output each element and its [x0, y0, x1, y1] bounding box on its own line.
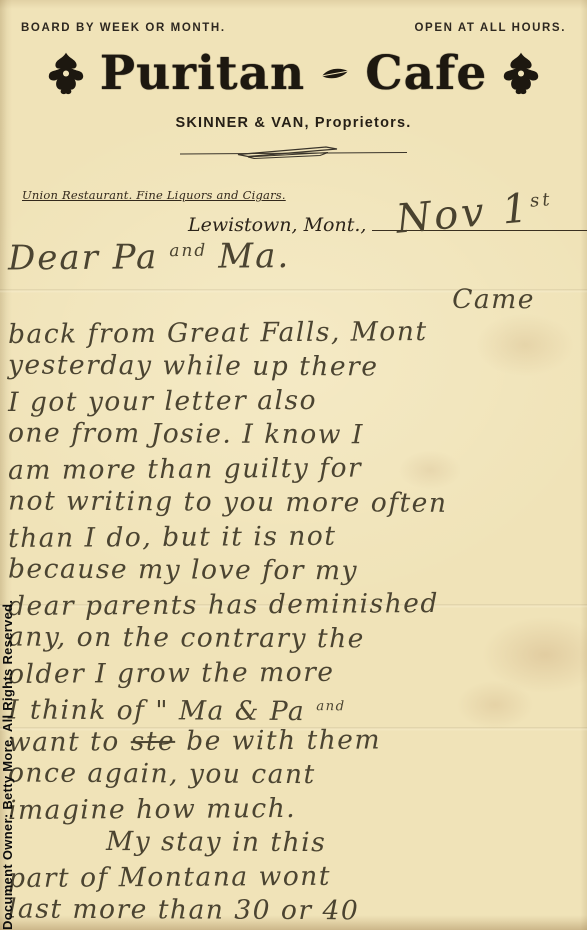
dateline: Lewistown, Mont., Nov 1st 1902. [188, 214, 587, 236]
struck-word: ste [131, 726, 176, 757]
superscript-word: and [316, 699, 346, 714]
title-word-puritan: Puritan [100, 50, 305, 97]
leaf-icon [320, 66, 350, 82]
letter-line: part of Montana wont [8, 858, 581, 896]
letter-line: Came [8, 281, 581, 318]
letter-line: I think of " Ma & Paand [8, 689, 581, 726]
dateline-place: Lewistown, Mont., [188, 214, 366, 236]
letter-line: older I grow the more [8, 654, 581, 692]
letter-line: imagine how much. [8, 790, 581, 828]
fleuron-icon-left [47, 51, 85, 96]
letter-line: want tostebe with them [8, 722, 581, 760]
letter-line: one from Josie. I know I [8, 417, 581, 454]
tagline: Union Restaurant. Fine Liquors and Cigar… [22, 188, 286, 202]
letter-line: because my love for my [8, 553, 581, 590]
proprietors-line: SKINNER & VAN, Proprietors. [0, 115, 587, 131]
scanned-letter-page: BOARD BY WEEK OR MONTH. OPEN AT ALL HOUR… [0, 0, 587, 930]
letter-line: I got your letter also [8, 382, 581, 420]
letter-line: My stay in this [8, 825, 581, 862]
fleuron-icon-right [502, 51, 540, 96]
pen-flourish-icon [0, 144, 587, 162]
letter-line: am more than guilty for [8, 450, 581, 488]
board-note: BOARD BY WEEK OR MONTH. [21, 22, 226, 34]
letter-line: than I do, but it is not [8, 518, 581, 556]
letter-line: any, on the contrary the [8, 621, 581, 658]
copyright-text: Document Owner: Betty More. All Rights R… [0, 552, 15, 930]
letter-line: once again, you cant [8, 757, 581, 794]
title-word-cafe: Cafe [365, 50, 487, 97]
letter-body: Dear PaandMa. Came back from Great Falls… [8, 236, 581, 928]
letterhead-top-notes: BOARD BY WEEK OR MONTH. OPEN AT ALL HOUR… [21, 22, 566, 34]
letter-line: dear parents has deminished [8, 586, 581, 624]
letter-line: not writing to you more often [8, 485, 581, 522]
date-rule: Nov 1st [372, 230, 587, 231]
letter-line: yesterday while up there [8, 349, 581, 386]
hours-note: OPEN AT ALL HOURS. [415, 22, 566, 34]
salutation: Dear PaandMa. [8, 234, 581, 285]
letter-line: back from Great Falls, Mont [8, 314, 581, 352]
letterhead-title: Puritan Cafe [0, 50, 587, 97]
letter-line: last more than 30 or 40 [8, 893, 581, 930]
